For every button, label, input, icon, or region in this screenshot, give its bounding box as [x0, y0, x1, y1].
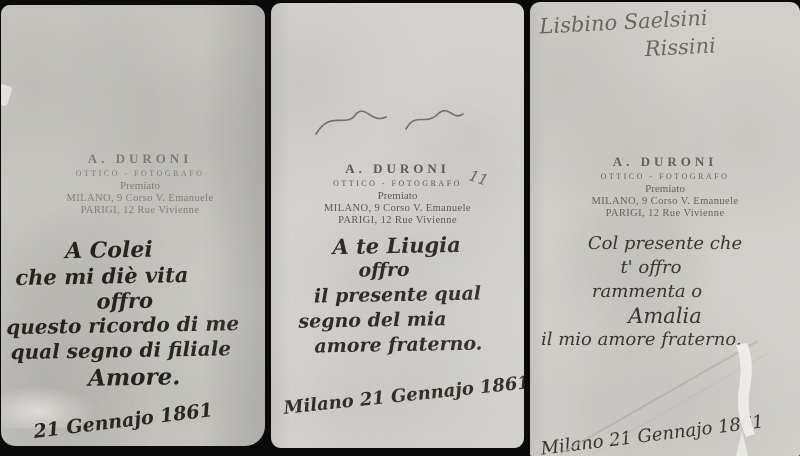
photographer-profession: OTTICO - FOTOGRAFO	[530, 172, 800, 181]
photographer-name: A. DURONI	[271, 161, 524, 177]
pencil-inscription: Lisbino Saelsini Rissini	[533, 2, 798, 69]
dedication-line: t' offro	[535, 256, 795, 280]
card-back-middle: 11 A. DURONI OTTICO - FOTOGRAFO Premiato…	[271, 3, 524, 448]
photographer-imprint: A. DURONI OTTICO - FOTOGRAFO Premiato MI…	[1, 151, 265, 216]
dedication-line: rammenta o	[535, 280, 795, 304]
handwritten-date: Milano 21 Gennajo 1861	[283, 372, 524, 419]
address-parigi: PARIGI, 12 Rue Vivienne	[530, 208, 800, 219]
photographer-profession: OTTICO - FOTOGRAFO	[15, 169, 265, 178]
photographer-imprint: A. DURONI OTTICO - FOTOGRAFO Premiato MI…	[530, 154, 800, 219]
card-back-right: Lisbino Saelsini Rissini A. DURONI OTTIC…	[530, 2, 800, 456]
edge-tear-mark	[1, 83, 13, 106]
address-parigi: PARIGI, 12 Rue Vivienne	[271, 215, 524, 226]
card-back-left: A. DURONI OTTICO - FOTOGRAFO Premiato MI…	[1, 5, 265, 446]
crease-and-tear-mark	[530, 321, 800, 456]
photographer-award: Premiato	[530, 183, 800, 195]
photographer-award: Premiato	[15, 180, 265, 192]
dedication-line: amore fraterno.	[277, 331, 520, 360]
photographer-profession: OTTICO - FOTOGRAFO	[271, 179, 524, 188]
photographer-name: A. DURONI	[530, 154, 800, 170]
address-milano: MILANO, 9 Corso V. Emanuele	[15, 193, 265, 204]
handwritten-dedication: A te Liugia offro il presente qual segno…	[275, 231, 520, 360]
dedication-line: Amore.	[7, 361, 261, 392]
pencil-scribble	[311, 99, 481, 149]
dedication-line: qual segno di filiale	[6, 336, 260, 365]
photographer-name: A. DURONI	[15, 151, 265, 167]
photographer-award: Premiato	[271, 190, 524, 202]
scan-three-carte-de-visite-backs: A. DURONI OTTICO - FOTOGRAFO Premiato MI…	[0, 0, 800, 456]
handwritten-dedication: A Colei che mi diè vita offro questo ric…	[5, 236, 262, 392]
address-parigi: PARIGI, 12 Rue Vivienne	[15, 205, 265, 216]
photographer-imprint: A. DURONI OTTICO - FOTOGRAFO Premiato MI…	[271, 161, 524, 226]
dedication-line: Col presente che	[535, 232, 795, 256]
address-milano: MILANO, 9 Corso V. Emanuele	[530, 196, 800, 207]
address-milano: MILANO, 9 Corso V. Emanuele	[271, 203, 524, 214]
